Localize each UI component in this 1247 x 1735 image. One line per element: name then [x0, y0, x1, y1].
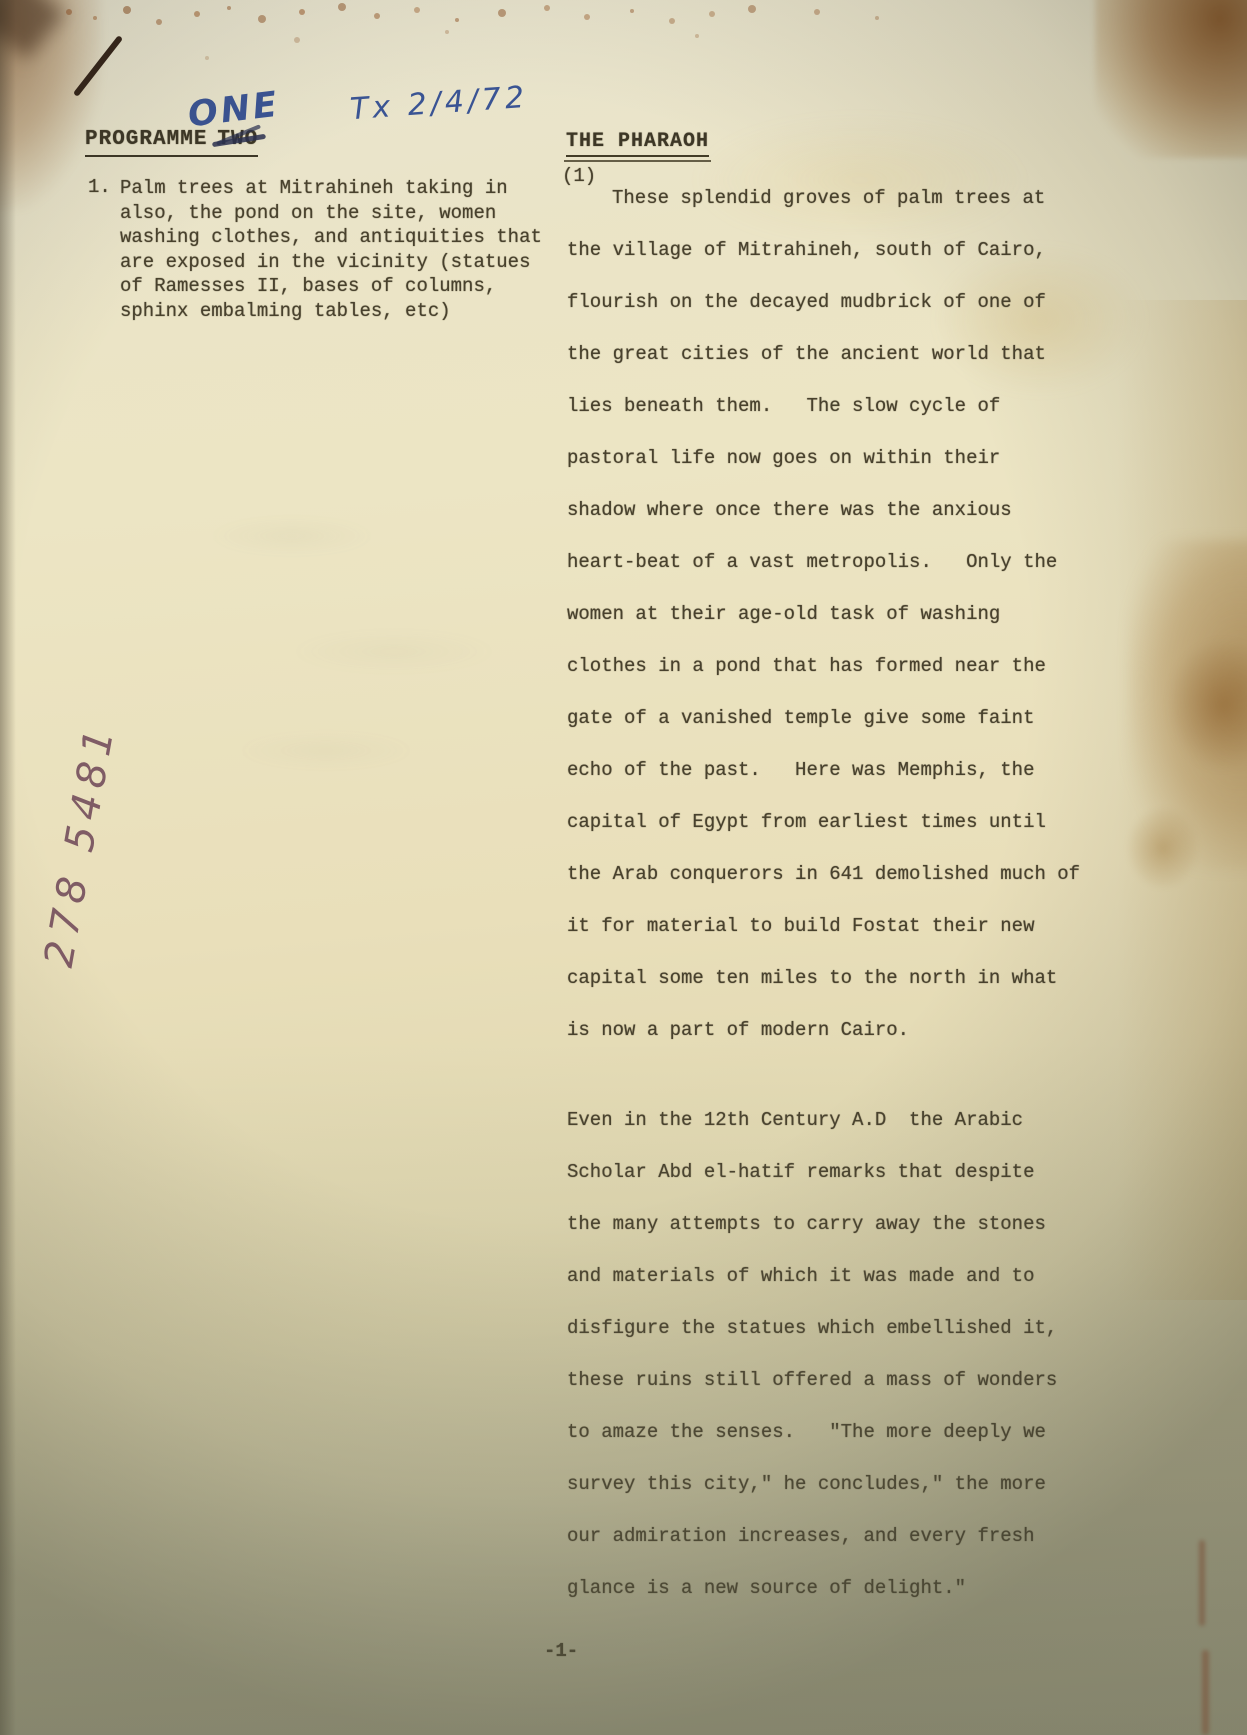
- script-title-text: THE PHARAOH: [566, 130, 709, 157]
- handwritten-reference-number: 278 5481: [31, 693, 128, 996]
- programme-heading: PROGRAMMETWO: [85, 128, 258, 157]
- rust-streak: [1202, 1650, 1209, 1735]
- stain-top-right: [1095, 0, 1247, 158]
- stain-right-small: [1128, 808, 1198, 888]
- programme-number-struck-out: TWO: [217, 128, 258, 151]
- page-number: -1-: [544, 1640, 578, 1662]
- script-paragraph-2: Even in the 12th Century A.D the Arabic …: [567, 1094, 1112, 1614]
- page-edge-shadow: [0, 0, 16, 1735]
- script-paragraph-1: These splendid groves of palm trees at t…: [567, 172, 1112, 1056]
- programme-heading-label: PROGRAMME: [85, 128, 207, 151]
- list-item-number: 1.: [88, 176, 120, 323]
- shot-list-item: 1. Palm trees at Mitrahineh taking in al…: [88, 176, 560, 323]
- document-page: ONE Tx 2/4/72 278 5481 PROGRAMMETWO 1. P…: [0, 0, 1247, 1735]
- script-title: THE PHARAOH: [566, 130, 709, 157]
- ink-bleed-through: [190, 470, 530, 800]
- list-item-text: Palm trees at Mitrahineh taking in also,…: [120, 176, 560, 323]
- rust-streak: [1199, 1540, 1205, 1626]
- handwritten-tx-date: Tx 2/4/72: [349, 80, 529, 127]
- foxing-speckles: [55, 4, 59, 8]
